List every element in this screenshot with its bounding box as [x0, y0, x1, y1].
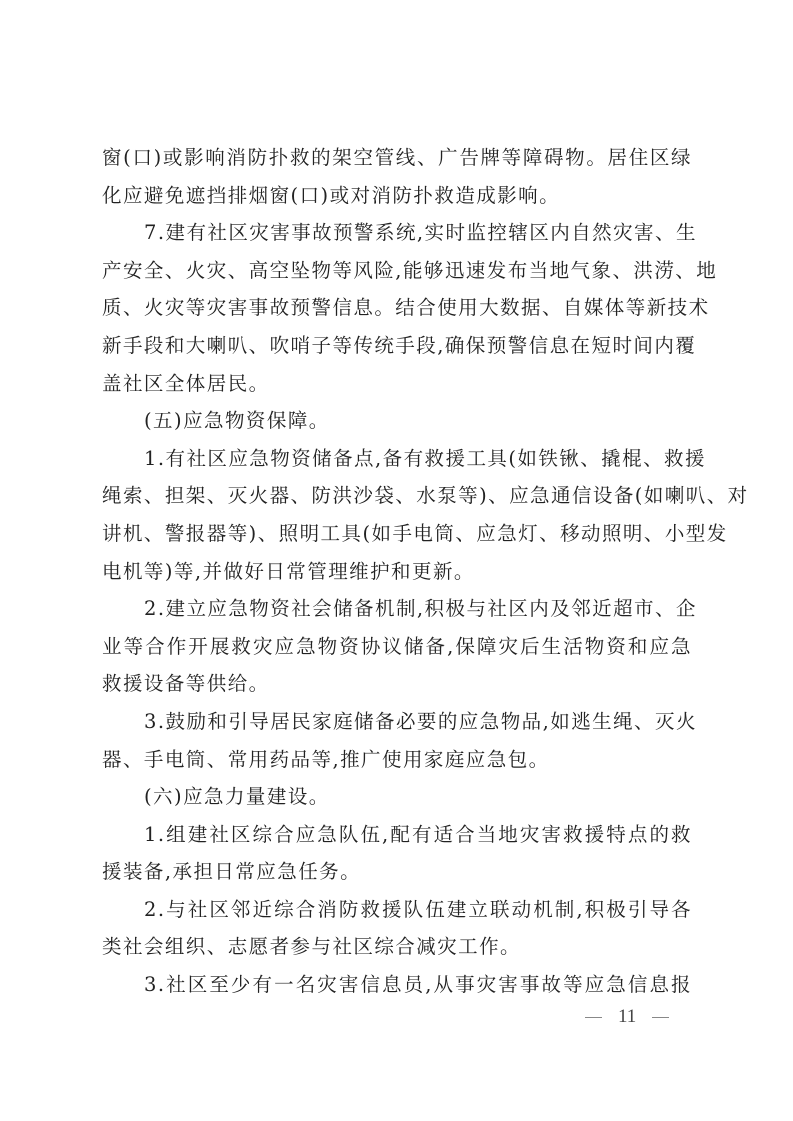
list-item-2: 2.建立应急物资社会储备机制,积极与社区内及邻近超市、企: [102, 590, 692, 628]
list-item-1: 1.有社区应急物资储备点,备有救援工具(如铁锹、撬棍、救援: [102, 440, 692, 478]
text-line: 产安全、火灾、高空坠物等风险,能够迅速发布当地气象、洪涝、地: [102, 252, 692, 290]
list-item-7: 7.建有社区灾害事故预警系统,实时监控辖区内自然灾害、生: [102, 214, 692, 252]
text-line: 新手段和大喇叭、吹哨子等传统手段,确保预警信息在短时间内覆: [102, 327, 692, 365]
text-line: 绳索、担架、灭火器、防洪沙袋、水泵等)、应急通信设备(如喇叭、对: [102, 477, 692, 515]
dash-left: [585, 1017, 602, 1018]
list-item-1: 1.组建社区综合应急队伍,配有适合当地灾害救援特点的救: [102, 816, 692, 854]
text-line: 讲机、警报器等)、照明工具(如手电筒、应急灯、移动照明、小型发: [102, 515, 692, 553]
text-line: 盖社区全体居民。: [102, 365, 692, 403]
text-line: 救援设备等供给。: [102, 665, 692, 703]
text-line: 化应避免遮挡排烟窗(口)或对消防扑救造成影响。: [102, 177, 692, 215]
list-item-3: 3.社区至少有一名灾害信息员,从事灾害事故等应急信息报: [102, 966, 692, 1004]
text-line: 业等合作开展救灾应急物资协议储备,保障灾后生活物资和应急: [102, 628, 692, 666]
list-item-3: 3.鼓励和引导居民家庭储备必要的应急物品,如逃生绳、灭火: [102, 703, 692, 741]
text-line: 质、火灾等灾害事故预警信息。结合使用大数据、自媒体等新技术: [102, 289, 692, 327]
text-line: 电机等)等,并做好日常管理维护和更新。: [102, 553, 692, 591]
page-number: 11: [585, 1006, 669, 1028]
section-heading-5: (五)应急物资保障。: [102, 402, 692, 440]
list-item-2: 2.与社区邻近综合消防救援队伍建立联动机制,积极引导各: [102, 891, 692, 929]
body-text: 窗(口)或影响消防扑救的架空管线、广告牌等障碍物。居住区绿 化应避免遮挡排烟窗(…: [102, 139, 692, 1004]
text-line: 器、手电筒、常用药品等,推广使用家庭应急包。: [102, 741, 692, 779]
page-number-value: 11: [618, 1006, 636, 1028]
text-line: 窗(口)或影响消防扑救的架空管线、广告牌等障碍物。居住区绿: [102, 139, 692, 177]
document-page: 窗(口)或影响消防扑救的架空管线、广告牌等障碍物。居住区绿 化应避免遮挡排烟窗(…: [0, 0, 793, 1121]
text-line: 援装备,承担日常应急任务。: [102, 853, 692, 891]
section-heading-6: (六)应急力量建设。: [102, 778, 692, 816]
text-line: 类社会组织、志愿者参与社区综合减灾工作。: [102, 928, 692, 966]
dash-right: [652, 1017, 669, 1018]
